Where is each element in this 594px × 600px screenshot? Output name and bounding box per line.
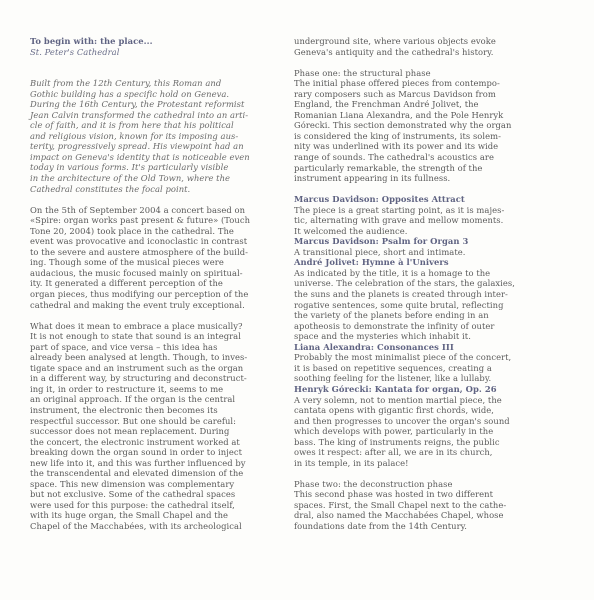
text-line: nity was underlined with its power and i… bbox=[294, 141, 556, 152]
text-line: ing. Though some of the musical pieces w… bbox=[30, 257, 280, 268]
text-line: space and the mysteries which inhabit it… bbox=[294, 331, 556, 342]
text-line: Geneva's antiquity and the cathedral's h… bbox=[294, 47, 556, 58]
embrace-paragraph: What does it mean to embrace a place mus… bbox=[30, 321, 280, 532]
text-line: to the severe and austere atmosphere of … bbox=[30, 247, 280, 258]
piece-title: André Jolivet: Hymne à l'Univers bbox=[294, 257, 556, 268]
text-line: with its huge organ, the Small Chapel an… bbox=[30, 510, 280, 521]
text-line: foundations date from the 14th Century. bbox=[294, 521, 556, 532]
intro-paragraph: Built from the 12th Century, this Roman … bbox=[30, 78, 280, 194]
phase-two-section: Phase two: the deconstruction phase This… bbox=[294, 479, 556, 532]
piece-title: Liana Alexandra: Consonances III bbox=[294, 342, 556, 353]
text-line: cle of faith, and it is from here that h… bbox=[30, 120, 280, 131]
text-line: in the architecture of the Old Town, whe… bbox=[30, 173, 280, 184]
text-line: in a different way, by structuring and d… bbox=[30, 373, 280, 384]
text-line: audacious, the music focused mainly on s… bbox=[30, 268, 280, 279]
text-line: and religious vision, known for its impo… bbox=[30, 131, 280, 142]
text-line: which develops with power, particularly … bbox=[294, 426, 556, 437]
text-line: the concert, the electronic instrument w… bbox=[30, 437, 280, 448]
text-line: Chapel of the Macchabées, with its arche… bbox=[30, 521, 280, 532]
continuation-paragraph: underground site, where various objects … bbox=[294, 36, 556, 57]
text-line: «Spire: organ works past present & futur… bbox=[30, 215, 280, 226]
text-line: dral, also named the Macchabées Chapel, … bbox=[294, 510, 556, 521]
text-line: Built from the 12th Century, this Roman … bbox=[30, 78, 280, 89]
text-line: tic, alternating with grave and mellow m… bbox=[294, 215, 556, 226]
text-line: A transitional piece, short and intimate… bbox=[294, 247, 556, 258]
text-line: It welcomed the audience. bbox=[294, 226, 556, 237]
text-line: ing it, in order to restructure it, seem… bbox=[30, 384, 280, 395]
phase-two-heading: Phase two: the deconstruction phase bbox=[294, 479, 556, 490]
text-line: the suns and the planets is created thro… bbox=[294, 289, 556, 300]
text-line: Gothic building has a specific hold on G… bbox=[30, 89, 280, 100]
text-line: breaking down the organ sound in order t… bbox=[30, 447, 280, 458]
text-line: A very solemn, not to mention martial pi… bbox=[294, 395, 556, 406]
text-line: England, the Frenchman André Jolivet, th… bbox=[294, 99, 556, 110]
text-line: As indicated by the title, it is a homag… bbox=[294, 268, 556, 279]
pieces-section: Marcus Davidson: Opposites Attract The p… bbox=[294, 194, 556, 468]
text-line: impact on Geneva's identity that is noti… bbox=[30, 152, 280, 163]
text-line: but not exclusive. Some of the cathedral… bbox=[30, 489, 280, 500]
text-line: instrument, the electronic then becomes … bbox=[30, 405, 280, 416]
text-line: During the 16th Century, the Protestant … bbox=[30, 99, 280, 110]
section-subheading: St. Peter's Cathedral bbox=[30, 47, 280, 58]
phase-one-section: Phase one: the structural phase The init… bbox=[294, 68, 556, 184]
text-line: an original approach. If the organ is th… bbox=[30, 394, 280, 405]
section-heading: To begin with: the place... bbox=[30, 36, 280, 47]
text-line: part of space, and vice versa – this ide… bbox=[30, 342, 280, 353]
text-line: The initial phase offered pieces from co… bbox=[294, 78, 556, 89]
text-line: organ pieces, thus modifying our percept… bbox=[30, 289, 280, 300]
text-line: underground site, where various objects … bbox=[294, 36, 556, 47]
text-line: owes it respect: after all, we are in it… bbox=[294, 447, 556, 458]
text-line: successor does not mean replacement. Dur… bbox=[30, 426, 280, 437]
text-line: event was provocative and iconoclastic i… bbox=[30, 236, 280, 247]
left-column: To begin with: the place... St. Peter's … bbox=[30, 36, 280, 532]
text-line: ity. It generated a different perception… bbox=[30, 278, 280, 289]
text-line: and then progresses to uncover the organ… bbox=[294, 416, 556, 427]
text-line: What does it mean to embrace a place mus… bbox=[30, 321, 280, 332]
piece-title: Marcus Davidson: Opposites Attract bbox=[294, 194, 556, 205]
text-line: rogative sentences, some quite brutal, r… bbox=[294, 300, 556, 311]
text-line: On the 5th of September 2004 a concert b… bbox=[30, 205, 280, 216]
text-line: Cathedral constitutes the focal point. bbox=[30, 184, 280, 195]
text-line: the variety of the planets before ending… bbox=[294, 310, 556, 321]
text-line: in its temple, in its palace! bbox=[294, 458, 556, 469]
text-line: range of sounds. The cathedral's acousti… bbox=[294, 152, 556, 163]
text-line: It is not enough to state that sound is … bbox=[30, 331, 280, 342]
text-line: it is based on repetitive sequences, cre… bbox=[294, 363, 556, 374]
text-line: tigate space and an instrument such as t… bbox=[30, 363, 280, 374]
text-line: space. This new dimension was complement… bbox=[30, 479, 280, 490]
text-line: Romanian Liana Alexandra, and the Pole H… bbox=[294, 110, 556, 121]
piece-title: Henryk Górecki: Kantata for organ, Op. 2… bbox=[294, 384, 556, 395]
text-line: the transcendental and elevated dimensio… bbox=[30, 468, 280, 479]
text-line: universe. The celebration of the stars, … bbox=[294, 278, 556, 289]
text-line: cantata opens with gigantic first chords… bbox=[294, 405, 556, 416]
text-line: soothing feeling for the listener, like … bbox=[294, 373, 556, 384]
text-line: Górecki. This section demonstrated why t… bbox=[294, 120, 556, 131]
text-line: new life into it, and this was further i… bbox=[30, 458, 280, 469]
concert-paragraph: On the 5th of September 2004 a concert b… bbox=[30, 205, 280, 310]
text-line: respectful successor. But one should be … bbox=[30, 416, 280, 427]
text-line: Tone 20, 2004) took place in the cathedr… bbox=[30, 226, 280, 237]
text-line: were used for this purpose: the cathedra… bbox=[30, 500, 280, 511]
text-line: cathedral and making the event truly exc… bbox=[30, 300, 280, 311]
phase-one-heading: Phase one: the structural phase bbox=[294, 68, 556, 79]
text-line: particularly remarkable, the strength of… bbox=[294, 163, 556, 174]
text-line: bass. The king of instruments reigns, th… bbox=[294, 437, 556, 448]
text-line: Probably the most minimalist piece of th… bbox=[294, 352, 556, 363]
text-line: is considered the king of instruments, i… bbox=[294, 131, 556, 142]
text-line: The piece is a great starting point, as … bbox=[294, 205, 556, 216]
text-line: today in various forms. It's particularl… bbox=[30, 162, 280, 173]
text-line: apotheosis to demonstrate the infinity o… bbox=[294, 321, 556, 332]
text-line: instrument appearing in its fullness. bbox=[294, 173, 556, 184]
text-line: terity, progressively spread. His viewpo… bbox=[30, 141, 280, 152]
piece-title: Marcus Davidson: Psalm for Organ 3 bbox=[294, 236, 556, 247]
text-line: spaces. First, the Small Chapel next to … bbox=[294, 500, 556, 511]
text-line: already been analysed at length. Though,… bbox=[30, 352, 280, 363]
text-line: This second phase was hosted in two diff… bbox=[294, 489, 556, 500]
text-line: rary composers such as Marcus Davidson f… bbox=[294, 89, 556, 100]
right-column: underground site, where various objects … bbox=[294, 36, 556, 532]
text-line: Jean Calvin transformed the cathedral in… bbox=[30, 110, 280, 121]
